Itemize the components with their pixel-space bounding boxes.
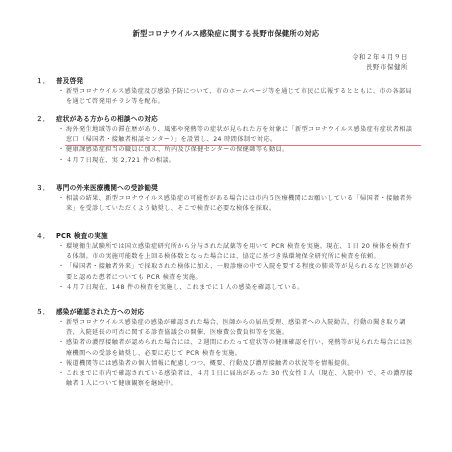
bullet-marker: ・ xyxy=(58,125,65,135)
section-number: １． xyxy=(34,76,56,87)
bullet-marker: ・ xyxy=(58,262,65,272)
bullet-marker: ・ xyxy=(58,156,65,166)
bullet-marker: ・ xyxy=(58,145,65,155)
section-number: ３． xyxy=(34,183,56,194)
section-number: ５． xyxy=(34,307,56,318)
list-item: ・健康課感染症担当の職員に加え、所内及び保健センターの保健師等も動員。 xyxy=(34,145,418,155)
section-awareness: １．普及啓発 ・新型コロナウイルス感染症及び感染予防について、市のホームページ等… xyxy=(34,76,418,107)
section-heading: ３．専門の外来医療機関への受診勧奨 xyxy=(34,183,418,194)
bullet-marker: ・ xyxy=(58,194,65,204)
document-title: 新型コロナウイルス感染症に関する長野市保健所の対応 xyxy=(0,29,452,39)
list-item: ・相談の結果、新型コロナウイルス感染症の可能性がある場合には市内５医療機関にお願… xyxy=(34,194,418,214)
document-page: 新型コロナウイルス感染症に関する長野市保健所の対応 令和２年４月９日 長野市保健… xyxy=(0,0,452,452)
section-pcr-testing: ４．PCR 検査の実施 ・環境衛生試験所では国立感染症研究所から分与された試薬等… xyxy=(34,231,418,293)
document-organization: 長野市保健所 xyxy=(366,62,408,71)
section-heading: ５．感染が確認された方への対応 xyxy=(34,307,418,318)
list-item: ・環境衛生試験所では国立感染症研究所から分与された試薬等を用いて PCR 検査を… xyxy=(34,242,418,262)
section-number: ４． xyxy=(34,231,56,242)
section-confirmed-cases: ５．感染が確認された方への対応 ・新型コロナウイルス感染症の感染が確認された場合… xyxy=(34,307,418,389)
section-number: ２． xyxy=(34,114,56,125)
list-item: ・４月７日現在、148 件の検査を実施し、これまでに１人の感染を確認している。 xyxy=(34,283,418,293)
section-heading: ４．PCR 検査の実施 xyxy=(34,231,418,242)
section-title: 普及啓発 xyxy=(56,77,83,85)
section-consultation: ２．症状がある方からの相談への対応 ・海外発生地域等の滞在歴があり、風邪や発熱等… xyxy=(34,114,418,166)
section-title: 専門の外来医療機関への受診勧奨 xyxy=(56,184,158,192)
section-title: PCR 検査の実施 xyxy=(56,232,108,240)
bullet-marker: ・ xyxy=(58,338,65,348)
section-heading: ２．症状がある方からの相談への対応 xyxy=(34,114,418,125)
list-item: ・４月７日現在、実 2,721 件の相談。 xyxy=(34,156,418,166)
list-item: ・新型コロナウイルス感染症及び感染予防について、市のホームページ等を通じて市民に… xyxy=(34,87,418,107)
list-item: ・これまでに市内で確認されている感染者は、４月１日に届出があった 30 代女性１… xyxy=(34,369,418,389)
list-item: ・新型コロナウイルス感染症の感染が確認された場合、医師からの届出受理、感染者への… xyxy=(34,318,418,338)
list-item: ・「帰国者・接触者外来」で採取された検体に加え、一般診療の中で入院を要する程度の… xyxy=(34,262,418,282)
section-title: 感染が確認された方への対応 xyxy=(56,308,144,316)
list-item: ・海外発生地域等の滞在歴があり、風邪や発熱等の症状が見られた方を対象に「新型コロ… xyxy=(34,125,418,145)
section-title: 症状がある方からの相談への対応 xyxy=(56,115,158,123)
document-date: 令和２年４月９日 xyxy=(352,52,408,61)
bullet-marker: ・ xyxy=(58,87,65,97)
list-item: ・感染者の濃厚接触者が認められた場合には、２週間にわたって症状等の健康確認を行い… xyxy=(34,338,418,358)
bullet-marker: ・ xyxy=(58,283,65,293)
bullet-marker: ・ xyxy=(58,242,65,252)
bullet-marker: ・ xyxy=(58,318,65,328)
bullet-marker: ・ xyxy=(58,359,65,369)
section-heading: １．普及啓発 xyxy=(34,76,418,87)
section-outpatient-referral: ３．専門の外来医療機関への受診勧奨 ・相談の結果、新型コロナウイルス感染症の可能… xyxy=(34,183,418,214)
bullet-marker: ・ xyxy=(58,369,65,379)
list-item: ・報道機関等には感染者の個人情報に配慮しつつ、概要、行動及び濃厚接触者の状況等を… xyxy=(34,359,418,369)
